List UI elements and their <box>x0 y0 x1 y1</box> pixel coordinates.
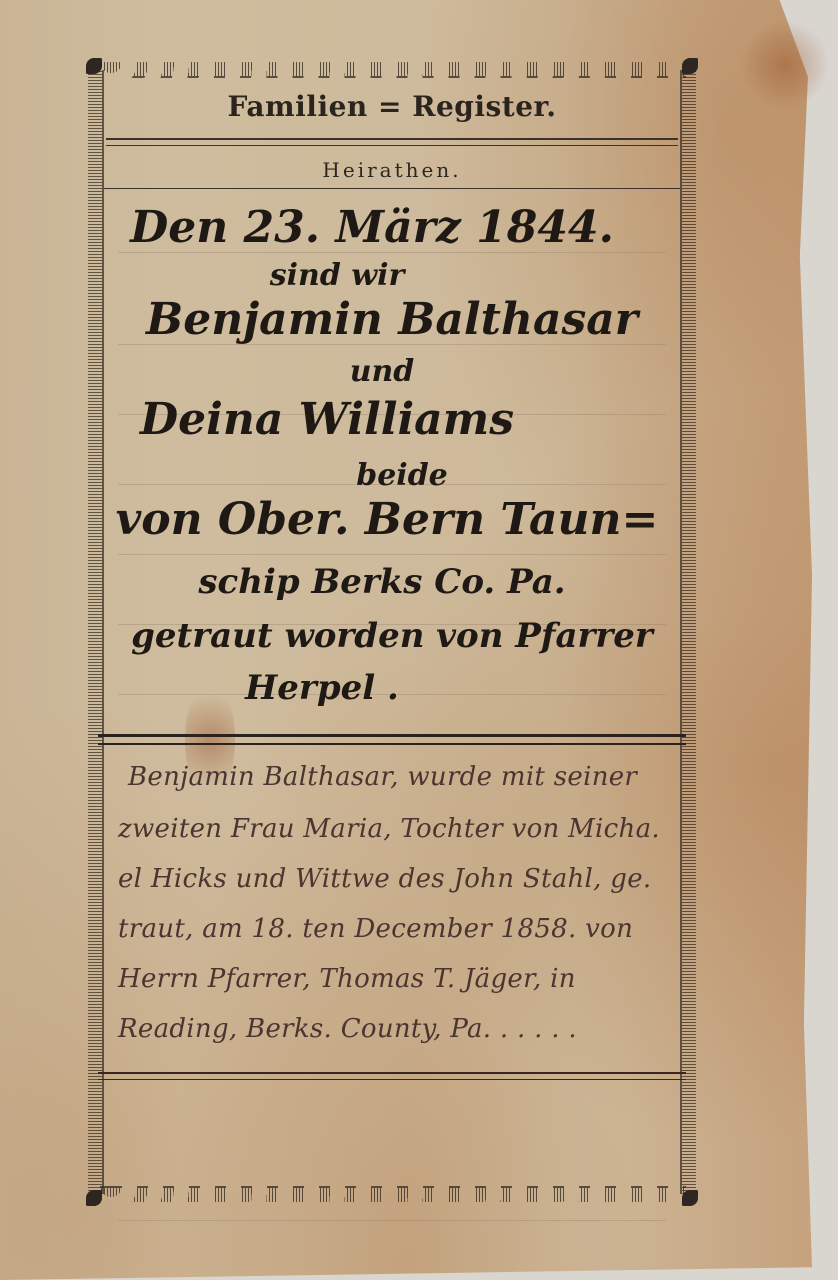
note-line: zweiten Frau Maria, Tochter von Micha. <box>118 814 676 844</box>
water-stain <box>740 20 830 110</box>
corner-ornament-icon <box>86 1190 102 1206</box>
residence-line: schip Berks Co. Pa. <box>68 562 696 602</box>
entry-line: und <box>68 354 696 389</box>
note-line: Herrn Pfarrer, Thomas T. Jäger, in <box>118 964 676 994</box>
ornamental-border-bottom <box>98 1186 686 1202</box>
title-divider <box>106 138 678 146</box>
ornamental-border-top <box>98 62 686 78</box>
ruled-line <box>118 554 666 555</box>
bottom-divider <box>98 1072 686 1080</box>
section-heading: Heirathen. <box>88 158 696 182</box>
register-title: Familien = Register. <box>88 90 696 123</box>
ornamental-border-frame: Familien = Register. Heirathen. Den 23. … <box>88 62 696 1202</box>
marriage-date: Den 23. März 1844. <box>48 202 696 253</box>
groom-name: Benjamin Balthasar <box>88 294 696 345</box>
entry-line: sind wir <box>0 258 696 293</box>
section-divider <box>104 188 680 189</box>
corner-ornament-icon <box>86 58 102 74</box>
note-line: Benjamin Balthasar, wurde mit seiner <box>128 762 676 792</box>
note-line: el Hicks und Wittwe des John Stahl, ge. <box>118 864 676 894</box>
corner-ornament-icon <box>682 1190 698 1206</box>
corner-ornament-icon <box>682 58 698 74</box>
residence-line: von Ober. Bern Taun= <box>78 494 696 545</box>
bride-name: Deina Williams <box>0 394 696 445</box>
officiant-line: getraut worden von Pfarrer <box>88 616 696 656</box>
entry-divider <box>98 734 686 745</box>
note-line: Reading, Berks. County, Pa. . . . . . <box>118 1014 676 1044</box>
ruled-line <box>118 1220 666 1221</box>
note-line: traut, am 18. ten December 1858. von <box>118 914 676 944</box>
entry-line: beide <box>108 458 696 493</box>
officiant-name: Herpel . <box>0 668 696 708</box>
